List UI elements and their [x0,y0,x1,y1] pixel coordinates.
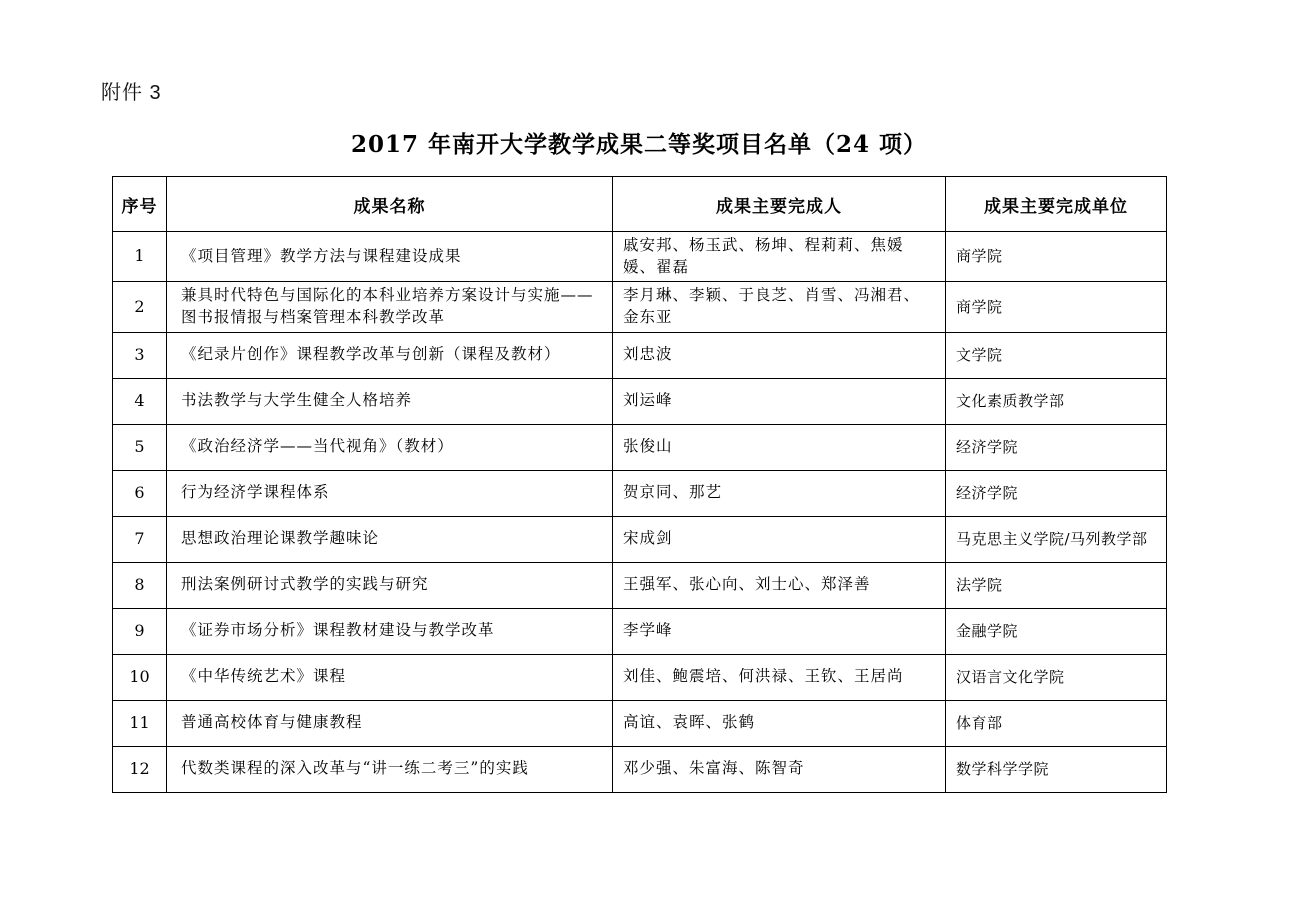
contributors-cell: 刘运峰 [613,378,946,424]
table-row: 5《政治经济学——当代视角》（教材）张俊山经济学院 [113,424,1167,470]
unit-cell: 文学院 [946,332,1167,378]
table-row: 7思想政治理论课教学趣味论宋成剑马克思主义学院/马列教学部 [113,516,1167,562]
table-row: 11普通高校体育与健康教程高谊、袁晖、张鹤体育部 [113,700,1167,746]
document-page: 附件 3 2017 年南开大学教学成果二等奖项目名单（24 项） 序号 成果名称… [0,0,1290,912]
serial-number-cell: 4 [113,378,167,424]
contributors-cell: 李月琳、李颖、于良芝、肖雪、冯湘君、金东亚 [613,282,946,332]
header-main-contributors: 成果主要完成人 [613,177,946,232]
serial-number-cell: 3 [113,332,167,378]
table-row: 3《纪录片创作》课程教学改革与创新（课程及教材）刘忠波文学院 [113,332,1167,378]
contributors-cell: 张俊山 [613,424,946,470]
page-title: 2017 年南开大学教学成果二等奖项目名单（24 项） [112,126,1166,159]
serial-number-cell: 8 [113,562,167,608]
header-serial-number: 序号 [113,177,167,232]
unit-cell: 金融学院 [946,608,1167,654]
unit-cell: 体育部 [946,700,1167,746]
achievement-name-cell: 《项目管理》教学方法与课程建设成果 [167,232,613,282]
contributors-cell: 刘忠波 [613,332,946,378]
serial-number-cell: 5 [113,424,167,470]
contributors-cell: 邓少强、朱富海、陈智奇 [613,746,946,792]
header-achievement-name: 成果名称 [167,177,613,232]
table-row: 1《项目管理》教学方法与课程建设成果戚安邦、杨玉武、杨坤、程莉莉、焦媛媛、翟磊商… [113,232,1167,282]
table-row: 4书法教学与大学生健全人格培养刘运峰文化素质教学部 [113,378,1167,424]
achievement-name-cell: 《纪录片创作》课程教学改革与创新（课程及教材） [167,332,613,378]
serial-number-cell: 6 [113,470,167,516]
serial-number-cell: 12 [113,746,167,792]
contributors-cell: 贺京同、那艺 [613,470,946,516]
unit-cell: 马克思主义学院/马列教学部 [946,516,1167,562]
achievement-name-cell: 普通高校体育与健康教程 [167,700,613,746]
table-row: 9《证券市场分析》课程教材建设与教学改革李学峰金融学院 [113,608,1167,654]
attachment-label: 附件 3 [101,76,162,105]
unit-cell: 文化素质教学部 [946,378,1167,424]
achievement-name-cell: 《政治经济学——当代视角》（教材） [167,424,613,470]
unit-cell: 商学院 [946,232,1167,282]
achievement-name-cell: 书法教学与大学生健全人格培养 [167,378,613,424]
achievement-name-cell: 《中华传统艺术》课程 [167,654,613,700]
serial-number-cell: 7 [113,516,167,562]
achievement-name-cell: 《证券市场分析》课程教材建设与教学改革 [167,608,613,654]
serial-number-cell: 2 [113,282,167,332]
awards-table: 序号 成果名称 成果主要完成人 成果主要完成单位 1《项目管理》教学方法与课程建… [112,176,1167,793]
table-row: 8刑法案例研讨式教学的实践与研究王强军、张心向、刘士心、郑泽善法学院 [113,562,1167,608]
awards-table-header: 序号 成果名称 成果主要完成人 成果主要完成单位 [113,177,1167,232]
unit-cell: 经济学院 [946,424,1167,470]
achievement-name-cell: 兼具时代特色与国际化的本科业培养方案设计与实施——图书报情报与档案管理本科教学改… [167,282,613,332]
table-row: 2兼具时代特色与国际化的本科业培养方案设计与实施——图书报情报与档案管理本科教学… [113,282,1167,332]
serial-number-cell: 9 [113,608,167,654]
achievement-name-cell: 行为经济学课程体系 [167,470,613,516]
achievement-name-cell: 思想政治理论课教学趣味论 [167,516,613,562]
contributors-cell: 宋成剑 [613,516,946,562]
contributors-cell: 戚安邦、杨玉武、杨坤、程莉莉、焦媛媛、翟磊 [613,232,946,282]
results-table-body: 1《项目管理》教学方法与课程建设成果戚安邦、杨玉武、杨坤、程莉莉、焦媛媛、翟磊商… [113,232,1167,793]
unit-cell: 商学院 [946,282,1167,332]
unit-cell: 汉语言文化学院 [946,654,1167,700]
contributors-cell: 刘佳、鲍震培、何洪禄、王钦、王居尚 [613,654,946,700]
unit-cell: 法学院 [946,562,1167,608]
serial-number-cell: 1 [113,232,167,282]
header-row: 序号 成果名称 成果主要完成人 成果主要完成单位 [113,177,1167,232]
table-row: 10《中华传统艺术》课程刘佳、鲍震培、何洪禄、王钦、王居尚汉语言文化学院 [113,654,1167,700]
serial-number-cell: 11 [113,700,167,746]
table-row: 6行为经济学课程体系贺京同、那艺经济学院 [113,470,1167,516]
header-main-unit: 成果主要完成单位 [946,177,1167,232]
achievement-name-cell: 刑法案例研讨式教学的实践与研究 [167,562,613,608]
contributors-cell: 高谊、袁晖、张鹤 [613,700,946,746]
achievement-name-cell: 代数类课程的深入改革与“讲一练二考三”的实践 [167,746,613,792]
contributors-cell: 王强军、张心向、刘士心、郑泽善 [613,562,946,608]
unit-cell: 经济学院 [946,470,1167,516]
table-row: 12代数类课程的深入改革与“讲一练二考三”的实践邓少强、朱富海、陈智奇数学科学学… [113,746,1167,792]
unit-cell: 数学科学学院 [946,746,1167,792]
contributors-cell: 李学峰 [613,608,946,654]
serial-number-cell: 10 [113,654,167,700]
